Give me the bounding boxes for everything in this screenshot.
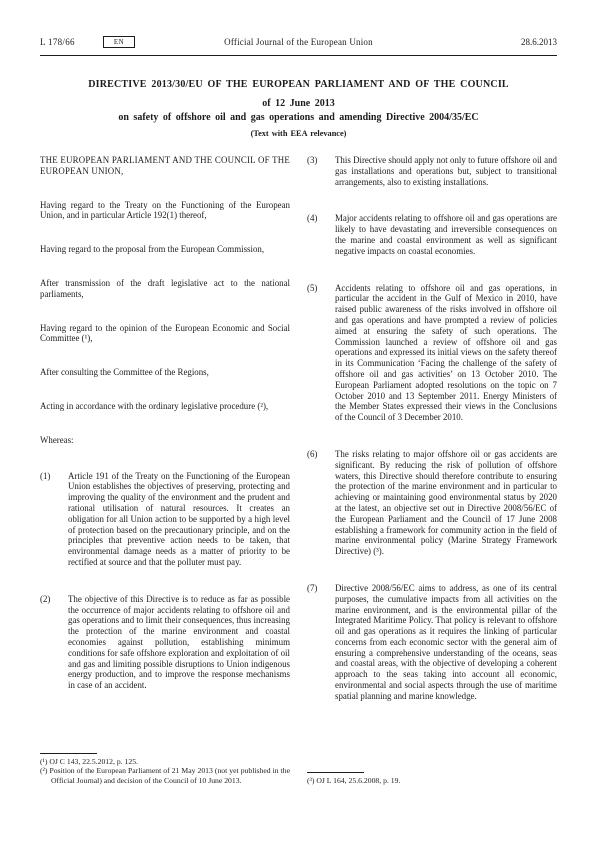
- right-footnotes: (³) OJ L 164, 25.6.2008, p. 19.: [307, 772, 557, 786]
- journal-page: L 178/66 EN Official Journal of the Euro…: [0, 0, 595, 842]
- directive-title-line3: on safety of offshore oil and gas operat…: [40, 112, 557, 123]
- page-number: L 178/66: [40, 37, 75, 47]
- header-left: L 178/66 EN: [40, 36, 190, 48]
- issue-date: 28.6.2013: [407, 37, 557, 47]
- directive-title-block: DIRECTIVE 2013/30/EU OF THE EUROPEAN PAR…: [40, 79, 557, 138]
- recital-3: (3) This Directive should apply not only…: [307, 155, 557, 187]
- recital-number: (5): [307, 283, 335, 423]
- recital-1: (1) Article 191 of the Treaty on the Fun…: [40, 471, 290, 568]
- citation-paragraph: After transmission of the draft legislat…: [40, 278, 290, 300]
- recital-number: (6): [307, 449, 335, 557]
- whereas-label: Whereas:: [40, 435, 290, 446]
- citation-paragraph: Having regard to the opinion of the Euro…: [40, 323, 290, 345]
- footnote-separator: [40, 753, 97, 754]
- document-body: THE EUROPEAN PARLIAMENT AND THE COUNCIL …: [40, 155, 557, 785]
- recital-2: (2) The objective of this Directive is t…: [40, 594, 290, 691]
- recital-text: This Directive should apply not only to …: [335, 155, 557, 187]
- recital-text: The objective of this Directive is to re…: [68, 594, 290, 691]
- recital-number: (7): [307, 583, 335, 702]
- language-badge: EN: [103, 36, 135, 48]
- footnote-1: (¹) OJ C 143, 22.5.2012, p. 125.: [40, 757, 290, 767]
- right-column: (3) This Directive should apply not only…: [307, 155, 557, 785]
- recital-6: (6) The risks relating to major offshore…: [307, 449, 557, 557]
- recital-5: (5) Accidents relating to offshore oil a…: [307, 283, 557, 423]
- journal-title: Official Journal of the European Union: [190, 37, 407, 47]
- recital-number: (4): [307, 213, 335, 256]
- recital-text: The risks relating to major offshore oil…: [335, 449, 557, 557]
- recital-text: Major accidents relating to offshore oil…: [335, 213, 557, 256]
- page-header: L 178/66 EN Official Journal of the Euro…: [40, 36, 557, 56]
- recital-number: (3): [307, 155, 335, 187]
- preamble-opening: THE EUROPEAN PARLIAMENT AND THE COUNCIL …: [40, 155, 290, 177]
- citation-paragraph: After consulting the Committee of the Re…: [40, 367, 290, 378]
- citation-paragraph: Acting in accordance with the ordinary l…: [40, 401, 290, 412]
- directive-title-line2: of 12 June 2013: [40, 98, 557, 109]
- citation-paragraph: Having regard to the Treaty on the Funct…: [40, 200, 290, 222]
- left-footnotes: (¹) OJ C 143, 22.5.2012, p. 125. (²) Pos…: [40, 753, 290, 786]
- directive-title-line1: DIRECTIVE 2013/30/EU OF THE EUROPEAN PAR…: [40, 79, 557, 90]
- recital-text: Directive 2008/56/EC aims to address, as…: [335, 583, 557, 702]
- recital-text: Accidents relating to offshore oil and g…: [335, 283, 557, 423]
- footnote-separator: [307, 772, 364, 773]
- recital-text: Article 191 of the Treaty on the Functio…: [68, 471, 290, 568]
- recital-7: (7) Directive 2008/56/EC aims to address…: [307, 583, 557, 702]
- recital-number: (2): [40, 594, 68, 691]
- recital-number: (1): [40, 471, 68, 568]
- citation-paragraph: Having regard to the proposal from the E…: [40, 244, 290, 255]
- footnote-2: (²) Position of the European Parliament …: [40, 766, 290, 785]
- left-column: THE EUROPEAN PARLIAMENT AND THE COUNCIL …: [40, 155, 290, 785]
- recital-4: (4) Major accidents relating to offshore…: [307, 213, 557, 256]
- footnote-3: (³) OJ L 164, 25.6.2008, p. 19.: [307, 776, 557, 786]
- eea-relevance-note: (Text with EEA relevance): [40, 129, 557, 138]
